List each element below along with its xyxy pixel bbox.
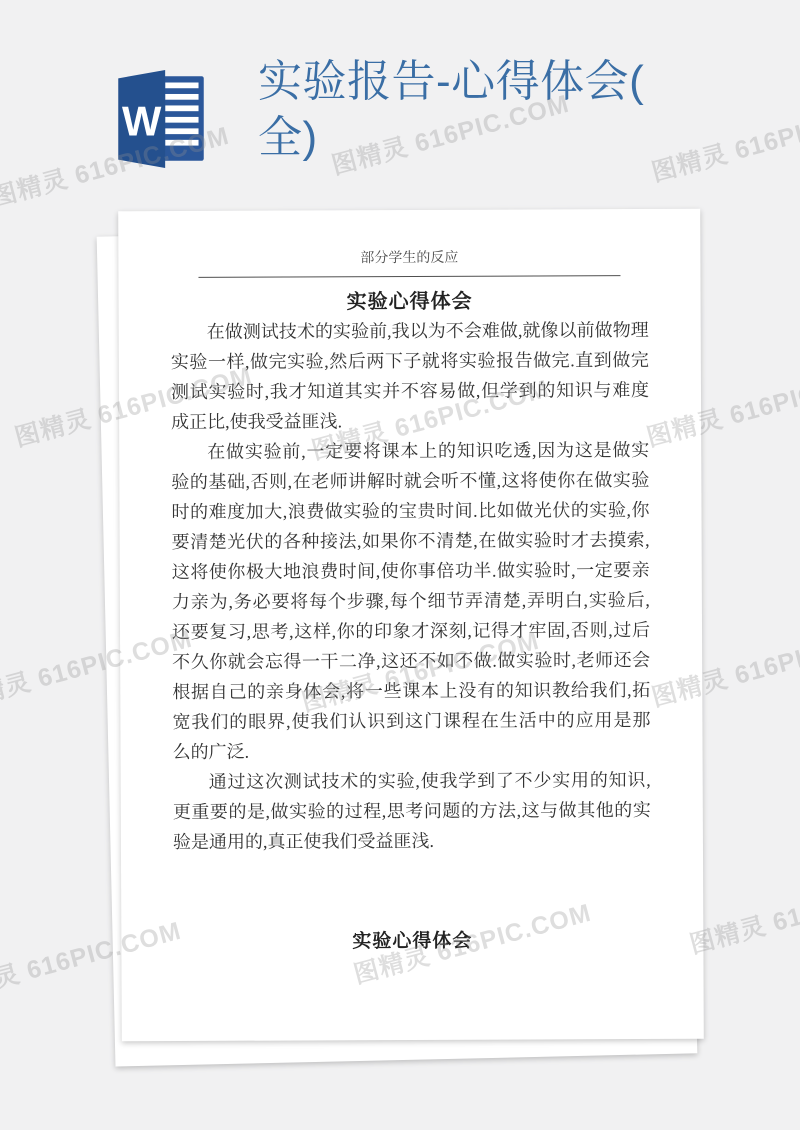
- word-icon: W: [118, 70, 204, 168]
- doc-text-line: 不久你就会忘得一干二净,这还不如不做.做实验时,老师还会: [172, 645, 650, 677]
- site-header: W 实验报告-心得体会( 全): [0, 0, 800, 200]
- page-title: 实验报告-心得体会( 全): [258, 54, 698, 166]
- doc-text-line: 还要复习,思考,这样,你的印象才深刻,记得才牢固,否则,过后: [172, 615, 650, 647]
- doc-body: 在做测试技术的实验前,我以为不会难做,就像以前做物理实验一样,做完实验,然后两下…: [171, 315, 651, 857]
- doc-text-line: 通过这次测试技术的实验,使我学到了不少实用的知识,: [173, 765, 651, 797]
- page-title-line2: 全): [258, 110, 698, 166]
- doc-text-line: 宽我们的眼界,使我们认识到这门课程在生活中的应用是那: [172, 705, 650, 737]
- word-icon-svg: W: [118, 70, 204, 168]
- doc-text-line: 更重要的是,做实验的过程,思考问题的方法,这与做其他的实: [173, 795, 651, 827]
- doc-header-note: 部分学生的反应: [118, 246, 700, 269]
- doc-footer-title: 实验心得体会: [121, 925, 703, 955]
- doc-text-line: 测试实验时,我才知道其实并不容易做,但学到的知识与难度: [171, 375, 649, 407]
- word-icon-letter: W: [122, 98, 162, 145]
- doc-text-line: 验是通用的,真正使我们受益匪浅.: [173, 825, 651, 857]
- doc-text-line: 要清楚光伏的各种接法,如果你不清楚,在做实验时才去摸索,: [172, 525, 650, 557]
- page-title-line1: 实验报告-心得体会(: [258, 54, 698, 110]
- doc-text-line: 这将使你极大地浪费时间,使你事倍功半.做实验时,一定要亲: [172, 555, 650, 587]
- doc-text-line: 根据自己的亲身体会,将一些课本上没有的知识教给我们,拓: [172, 675, 650, 707]
- doc-text-line: 成正比,使我受益匪浅.: [171, 405, 649, 437]
- doc-text-line: 验的基础,否则,在老师讲解时就会听不懂,这将使你在做实验: [171, 465, 649, 497]
- document-page: 部分学生的反应 实验心得体会 在做测试技术的实验前,我以为不会难做,就像以前做物…: [118, 209, 704, 1042]
- doc-text-line: 么的广泛.: [172, 735, 650, 767]
- page-canvas: W 实验报告-心得体会( 全) 部分学生的反应 实验心得体会 在做测试技术的实验…: [0, 0, 800, 1130]
- doc-text-line: 力亲为,务必要将每个步骤,每个细节弄清楚,弄明白,实验后,: [172, 585, 650, 617]
- header-divider: [198, 275, 620, 278]
- doc-text-line: 时的难度加大,浪费做实验的宝贵时间.比如做光伏的实验,你: [171, 495, 649, 527]
- doc-text-line: 在做实验前,一定要将课本上的知识吃透,因为这是做实: [171, 435, 649, 467]
- doc-text-line: 在做测试技术的实验前,我以为不会难做,就像以前做物理: [171, 315, 649, 347]
- doc-title: 实验心得体会: [119, 284, 701, 316]
- doc-text-line: 实验一样,做完实验,然后两下子就将实验报告做完.直到做完: [171, 345, 649, 377]
